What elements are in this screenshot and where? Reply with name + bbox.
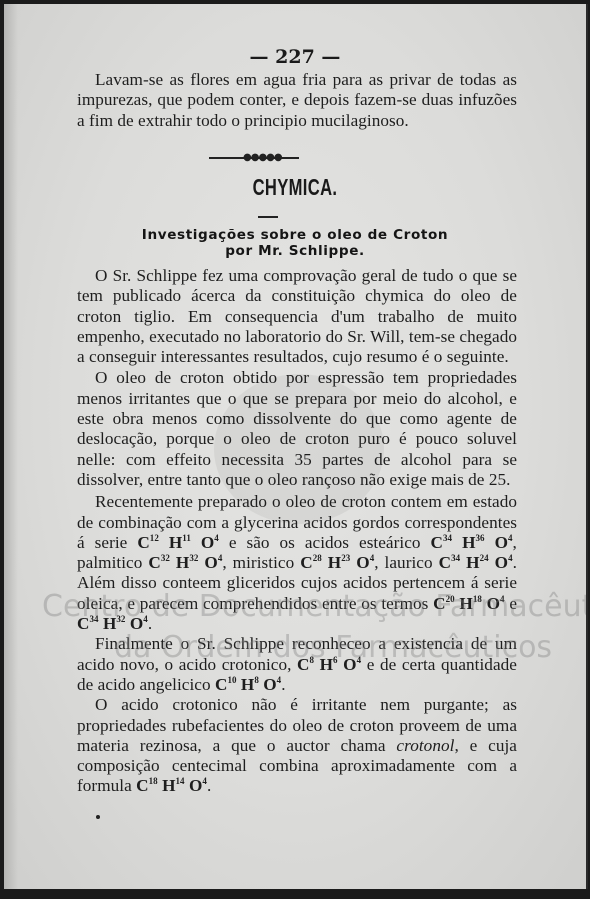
page-number: — 227 — xyxy=(4,46,586,68)
p3-text-h: e xyxy=(509,594,517,613)
formula-crotonic: C8 H6 O4 xyxy=(297,655,361,674)
section-ornament: ●●●●● xyxy=(209,155,299,161)
p3-text-e: , laurico xyxy=(374,553,432,572)
p5-text-c: . xyxy=(207,776,211,795)
paragraph-5: O acido crotonico não é irritante nem pu… xyxy=(77,695,517,796)
scan-bottom-edge xyxy=(0,889,590,899)
intro-paragraph-block: Lavam-se as flores em agua fria para as … xyxy=(77,70,517,131)
p3-text-d: , miristico xyxy=(222,553,294,572)
formula-7: C34 H32 O4 xyxy=(77,614,148,633)
p4-text-c: . xyxy=(281,675,285,694)
scanned-page: — 227 — Lavam-se as flores em agua fria … xyxy=(4,4,588,889)
paragraph-1: O Sr. Schlippe fez uma comprovação geral… xyxy=(77,266,517,367)
formula-2: C34 H36 O4 xyxy=(431,533,513,552)
formula-angelic: C10 H8 O4 xyxy=(215,675,281,694)
formula-1: C12 H11 O4 xyxy=(137,533,219,552)
p3-text-b: e são os acidos esteárico xyxy=(229,533,421,552)
paragraph-4: Finalmente o Sr. Schlippe reconheceo a e… xyxy=(77,634,517,695)
section-title: CHYMICA. xyxy=(85,174,504,201)
paragraph-2: O oleo de croton obtido por espressão te… xyxy=(77,368,517,490)
bullet-mark xyxy=(96,815,100,819)
formula-3: C32 H32 O4 xyxy=(148,553,222,572)
intro-paragraph: Lavam-se as flores em agua fria para as … xyxy=(77,70,517,131)
formula-crotonol: C18 H14 O4 xyxy=(136,776,207,795)
formula-4: C28 H23 O4 xyxy=(300,553,374,572)
formula-6: C20 H18 O4 xyxy=(433,594,505,613)
crotonol-term: crotonol xyxy=(396,736,454,755)
article-title: Investigações sobre o oleo de Croton por… xyxy=(4,227,586,259)
article-body: O Sr. Schlippe fez uma comprovação geral… xyxy=(77,266,517,797)
title-divider xyxy=(258,216,278,218)
p3-text-i: . xyxy=(148,614,152,633)
article-title-line-2: por Mr. Schlippe. xyxy=(4,243,586,259)
ornament-beads-icon: ●●●●● xyxy=(243,152,282,163)
formula-5: C34 H24 O4 xyxy=(439,553,513,572)
paragraph-3: Recentemente preparado o oleo de croton … xyxy=(77,492,517,634)
article-title-line-1: Investigações sobre o oleo de Croton xyxy=(4,227,586,243)
